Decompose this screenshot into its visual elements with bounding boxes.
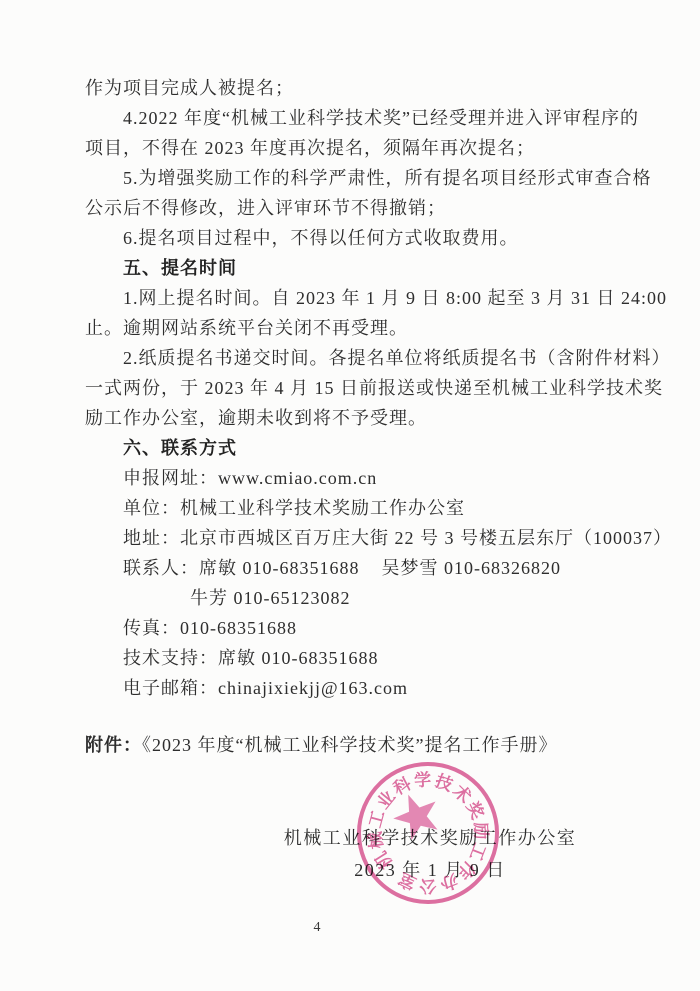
- section-heading-nomination-time: 五、提名时间: [85, 253, 630, 283]
- paragraph-line: 一式两份，于 2023 年 4 月 15 日前报送或快递至机械工业科学技术奖: [85, 373, 630, 403]
- contact-line-website: 申报网址：www.cmiao.com.cn: [85, 463, 630, 493]
- contact-line-fax: 传真：010-68351688: [85, 613, 630, 643]
- contact-person-3: 牛芳 010-65123082: [85, 583, 630, 613]
- attachment-line: 附件：《2023 年度“机械工业科学技术奖”提名工作手册》: [85, 730, 557, 760]
- page-number: 4: [303, 920, 331, 936]
- document-body: 作为项目完成人被提名； 4.2022 年度“机械工业科学技术奖”已经受理并进入评…: [85, 73, 630, 703]
- contact-line-unit: 单位：机械工业科学技术奖励工作办公室: [85, 493, 630, 523]
- paragraph-line: 公示后不得修改，进入评审环节不得撤销；: [85, 193, 630, 223]
- attachment-title: 《2023 年度“机械工业科学技术奖”提名工作手册》: [142, 735, 557, 755]
- paragraph-line: 止。逾期网站系统平台关闭不再受理。: [85, 313, 630, 343]
- paragraph-line: 4.2022 年度“机械工业科学技术奖”已经受理并进入评审程序的: [85, 103, 630, 133]
- seal-ring-icon: [338, 743, 518, 923]
- contact-line-email: 电子邮箱：chinajixiekjj@163.com: [85, 673, 630, 703]
- paragraph-line: 5.为增强奖励工作的科学严肃性，所有提名项目经形式审查合格: [85, 163, 630, 193]
- document-page: 作为项目完成人被提名； 4.2022 年度“机械工业科学技术奖”已经受理并进入评…: [0, 0, 700, 991]
- contact-person-2: 吴梦雪 010-68326820: [382, 558, 562, 578]
- paragraph-line: 6.提名项目过程中，不得以任何方式收取费用。: [85, 223, 630, 253]
- contact-line-address: 地址：北京市西城区百万庄大街 22 号 3 号楼五层东厅（100037）: [85, 523, 630, 553]
- attachment-label: 附件：: [85, 735, 142, 755]
- seal-text: 机械工业科学技术奖励工作办公室: [345, 750, 510, 916]
- section-heading-contact-info: 六、联系方式: [85, 433, 630, 463]
- paragraph-line: 作为项目完成人被提名；: [85, 73, 630, 103]
- contact-line-persons: 联系人：席敏 010-68351688吴梦雪 010-68326820: [85, 553, 630, 583]
- contact-line-support: 技术支持：席敏 010-68351688: [85, 643, 630, 673]
- contact-person-1: 联系人：席敏 010-68351688: [123, 558, 360, 578]
- paragraph-line: 项目，不得在 2023 年度再次提名，须隔年再次提名；: [85, 133, 630, 163]
- paragraph-line: 2.纸质提名书递交时间。各提名单位将纸质提名书（含附件材料）: [85, 343, 630, 373]
- paragraph-line: 励工作办公室，逾期未收到将不予受理。: [85, 403, 630, 433]
- svg-text:机械工业科学技术奖励工作办公室: 机械工业科学技术奖励工作办公室: [345, 750, 510, 916]
- paragraph-line: 1.网上提名时间。自 2023 年 1 月 9 日 8:00 起至 3 月 31…: [85, 283, 630, 313]
